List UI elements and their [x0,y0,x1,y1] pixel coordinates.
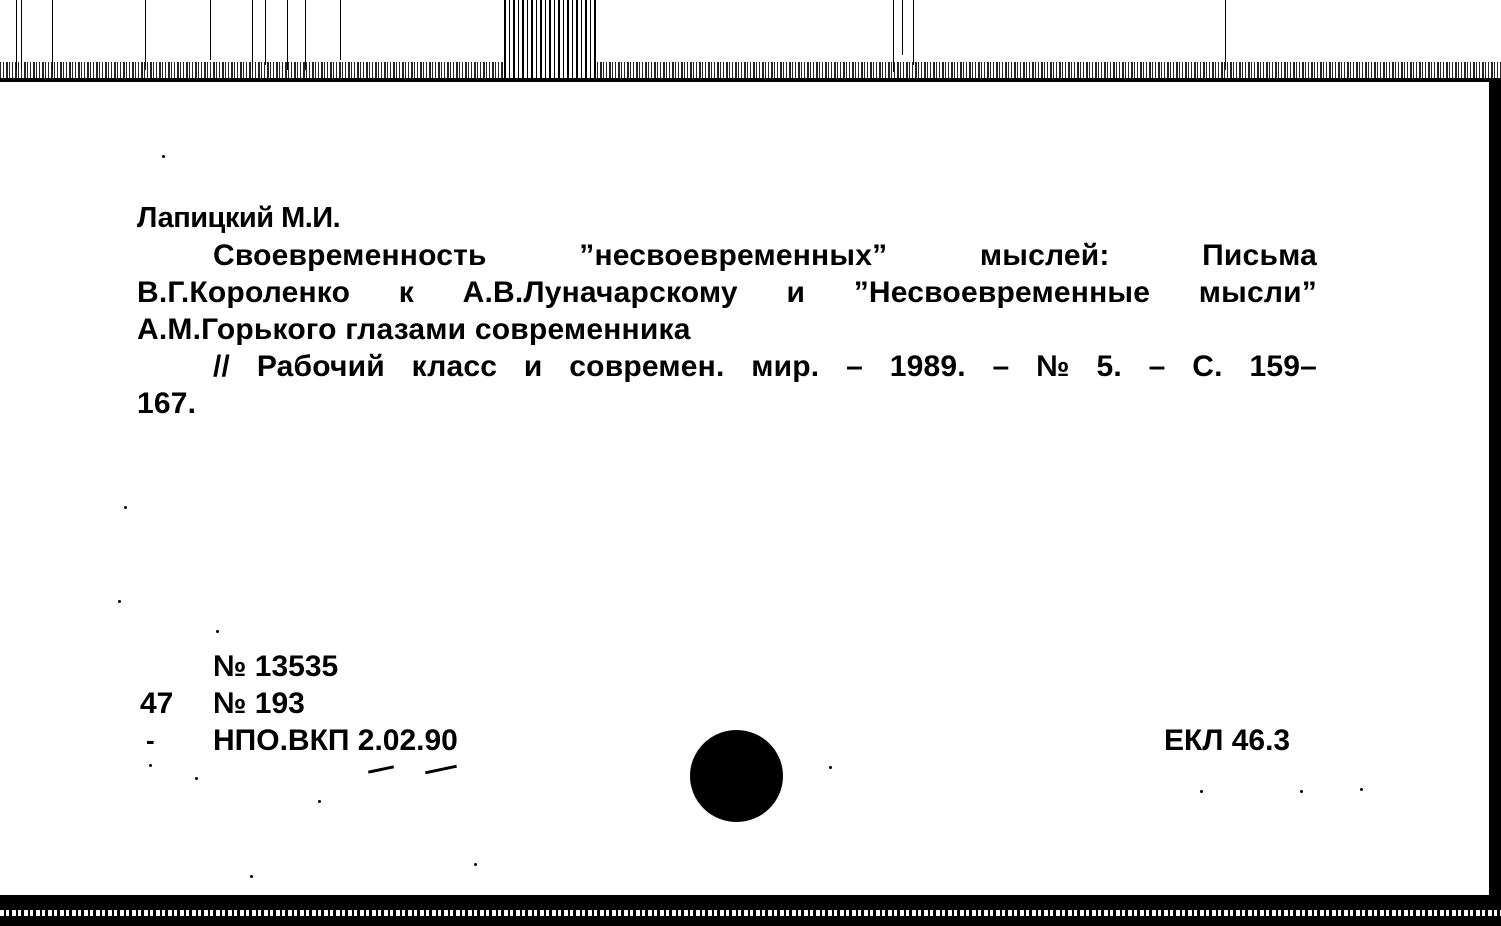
card-description: Своевременность ”несвоевременных” мыслей… [137,237,1317,422]
title-word: Своевременность [213,237,487,274]
source-token: мир. [751,348,819,385]
scan-top-edge [0,0,1501,84]
scan-speck [195,777,198,780]
title-word: мыслей: [980,237,1110,274]
source-token: 5. [1097,348,1122,385]
scan-noise-line [305,0,306,70]
scan-speck [474,863,477,866]
scan-speck [1360,788,1363,791]
scan-speck [318,800,321,803]
scan-noise-line [16,0,17,70]
scan-noise-line [1225,0,1226,70]
source-token: и [524,348,543,385]
scan-speck [149,764,152,767]
card-punch-hole [690,730,783,822]
title-word: к [399,274,414,311]
scan-noise-block [504,0,596,78]
scan-speck [124,506,127,509]
source-token: – [846,348,863,385]
source-token: № [1036,348,1070,385]
source-token: // [213,348,230,385]
scan-speck [1300,790,1303,793]
scan-noise-line [287,0,288,70]
source-token: – [1149,348,1166,385]
scan-bottom-edge [0,895,1501,926]
source-token: современ. [569,348,724,385]
title-word: Письма [1202,237,1317,274]
title-word: мысли” [1199,274,1317,311]
scan-speck [829,766,832,769]
card-number: № 193 [213,685,305,722]
scan-noise-line [265,0,266,65]
ink-mark [425,765,457,775]
scan-speck [216,630,219,633]
source-token: 159– [1249,348,1317,385]
scan-speck [118,600,121,603]
scan-speck [1200,790,1203,793]
inventory-number: № 13535 [213,648,338,685]
scan-noise-line [340,0,341,60]
source-token: – [993,348,1010,385]
card-title-line-3: А.М.Горького глазами современника [137,311,1317,348]
scan-noise-line [145,0,146,70]
scan-noise-line [893,0,894,72]
scan-noise-line [913,0,914,65]
scan-noise-line [252,0,253,70]
scan-speck [250,875,253,878]
scan-noise-line [902,0,903,55]
card-author: Лапицкий М.И. [137,200,340,237]
left-mark: - [146,722,155,759]
card-source-line-2: 167. [137,385,1317,422]
title-word: ”Несвоевременные [854,274,1150,311]
source-token: 1989. [890,348,966,385]
title-word: ”несвоевременных” [579,237,887,274]
card-top-border [0,78,1501,82]
shelf-number: 47 [140,685,173,722]
card-source-line-1: // Рабочий класс и современ. мир. – 1989… [137,348,1317,385]
source-token: Рабочий [257,348,385,385]
scan-noise-line [52,0,53,70]
source-token: С. [1192,348,1222,385]
ink-mark [368,765,394,773]
title-word: В.Г.Короленко [137,274,350,311]
scan-noise-stripe [0,910,1501,916]
scan-noise-line [21,0,22,70]
source-token: класс [412,348,498,385]
card-title-line-1: Своевременность ”несвоевременных” мыслей… [137,237,1317,274]
processing-stamp: НПО.ВКП 2.02.90 [213,722,458,759]
title-word: А.В.Луначарскому [463,274,738,311]
scan-speck [162,155,165,158]
card-title-line-2: В.Г.Короленко к А.В.Луначарскому и ”Несв… [137,274,1317,311]
classification-code: ЕКЛ 46.3 [1164,722,1290,759]
scan-right-edge [1489,80,1501,910]
title-word: и [786,274,805,311]
scan-noise-line [210,0,211,60]
